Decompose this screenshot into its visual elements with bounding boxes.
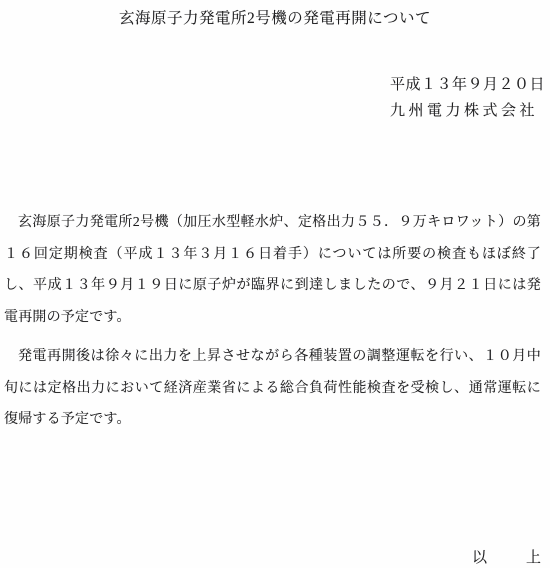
document-date: 平成１３年９月２０日 — [390, 73, 545, 99]
body-paragraph-2: 発電再開後は徐々に出力を上昇させながら各種装置の調整運転を行い、１０月中旬には定… — [4, 341, 541, 436]
company-name: 九州電力株式会社 — [390, 99, 545, 125]
document-title: 玄海原子力発電所2号機の発電再開について — [0, 6, 550, 28]
body-paragraph-1: 玄海原子力発電所2号機（加圧水型軽水炉、定格出力５５．９万キロワット）の第１６回… — [4, 207, 541, 333]
document-meta: 平成１３年９月２０日 九州電力株式会社 — [390, 73, 545, 124]
scanned-document-page: 玄海原子力発電所2号機の発電再開について 平成１３年９月２０日 九州電力株式会社… — [0, 0, 550, 568]
closing-mark: 以 上 — [472, 546, 550, 567]
document-body: 玄海原子力発電所2号機（加圧水型軽水炉、定格出力５５．９万キロワット）の第１６回… — [4, 207, 541, 436]
